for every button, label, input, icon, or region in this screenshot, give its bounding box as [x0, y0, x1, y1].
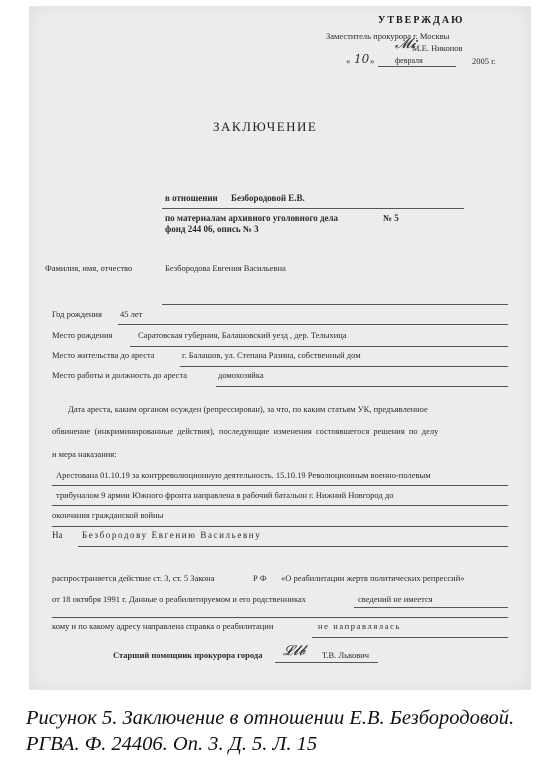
- work-rule-bottom: [216, 386, 508, 387]
- birth-place-rule-top: [118, 324, 508, 325]
- arrest-rule-2: [52, 505, 508, 506]
- regarding-rule: [162, 208, 464, 209]
- birth-year-rule-top: [162, 304, 508, 305]
- signature-position: Старший помощник прокурора города: [113, 650, 262, 660]
- field-label-work: Место работы и должность до ареста: [52, 370, 187, 380]
- residence-rule-top: [130, 346, 508, 347]
- document-title: ЗАКЛЮЧЕНИЕ: [213, 119, 317, 135]
- certificate-rule-bottom: [312, 637, 508, 638]
- law-line-1b: Р Ф: [253, 573, 267, 583]
- field-label-birth-place: Место рождения: [52, 330, 112, 340]
- field-label-birth-year: Год рождения: [52, 309, 102, 319]
- arrest-prompt-line-1: Дата ареста, каким органом осужден (репр…: [68, 404, 428, 414]
- arrest-answer-line-3: окончания гражданской войны: [52, 510, 163, 520]
- case-number: № 5: [383, 213, 399, 223]
- arrest-prompt-line-3: и мера наказания:: [52, 449, 117, 459]
- fond-line: фонд 244 06, опись № 3: [165, 224, 259, 234]
- field-value-residence: г. Балашов, ул. Степана Разина, собствен…: [182, 350, 361, 360]
- work-rule-top: [180, 366, 508, 367]
- conclusion-on-name: Безбородову Евгению Васильевну: [82, 530, 261, 540]
- field-label-residence: Место жительства до ареста: [52, 350, 155, 360]
- field-label-full-name: Фамилия, имя, отчество: [45, 263, 132, 273]
- approval-name: М.Е. Никонов: [412, 43, 463, 53]
- field-value-birth-place: Саратовская губерния, Балашовский уезд ,…: [138, 330, 347, 340]
- law-line-2: от 18 октября 1991 г. Данные о реабилити…: [52, 594, 306, 604]
- arrest-answer-line-1: Арестована 01.10.19 за контрреволюционну…: [56, 470, 431, 480]
- approval-month: февраля: [395, 56, 423, 65]
- approval-date-rule: [378, 66, 456, 67]
- approval-position: Заместитель прокурора г. Москвы: [326, 31, 449, 41]
- signature-name: Т.В. Львович: [322, 650, 369, 660]
- approval-quote-close: »: [370, 56, 374, 66]
- field-value-full-name: Безбородова Евгения Васильевна: [165, 263, 286, 273]
- regarding-label: в отношении: [165, 193, 218, 203]
- approval-title: УТВЕРЖДАЮ: [378, 15, 464, 26]
- field-value-birth-year: 45 лет: [120, 309, 142, 319]
- arrest-answer-line-2: трибуналом 9 армии Южного фронта направл…: [56, 490, 393, 500]
- case-line: по материалам архивного уголовного дела: [165, 213, 338, 223]
- conclusion-name-rule: [78, 546, 508, 547]
- relatives-rule: [354, 607, 508, 608]
- field-value-work: домохозяйка: [218, 370, 264, 380]
- relatives-value: сведений не имеется: [358, 594, 433, 604]
- law-line-1a: распространяется действие ст. 3, ст. 5 З…: [52, 573, 215, 583]
- figure-caption: Рисунок 5. Заключение в отношении Е.В. Б…: [26, 705, 526, 757]
- signature-mark: 𝓛𝓵𝓫: [283, 643, 306, 659]
- certificate-label: кому и по какому адресу направлена справ…: [52, 621, 273, 631]
- certificate-value: не направлялась: [318, 621, 401, 631]
- arrest-prompt-line-2: обвинение (инкриминированные действия), …: [52, 426, 438, 436]
- arrest-rule-3: [52, 526, 508, 527]
- law-line-1c: «О реабилитации жертв политических репре…: [281, 573, 465, 583]
- conclusion-on-label: На: [52, 530, 63, 540]
- signature-rule: [275, 662, 378, 663]
- regarding-name: Безбородовой Е.В.: [231, 193, 305, 203]
- approval-day: 10: [354, 52, 369, 66]
- approval-year: 2005 г.: [472, 56, 496, 66]
- approval-quote-open: «: [346, 56, 350, 66]
- scanned-document: [29, 6, 531, 690]
- certificate-rule-top: [52, 617, 508, 618]
- arrest-rule-1: [52, 485, 508, 486]
